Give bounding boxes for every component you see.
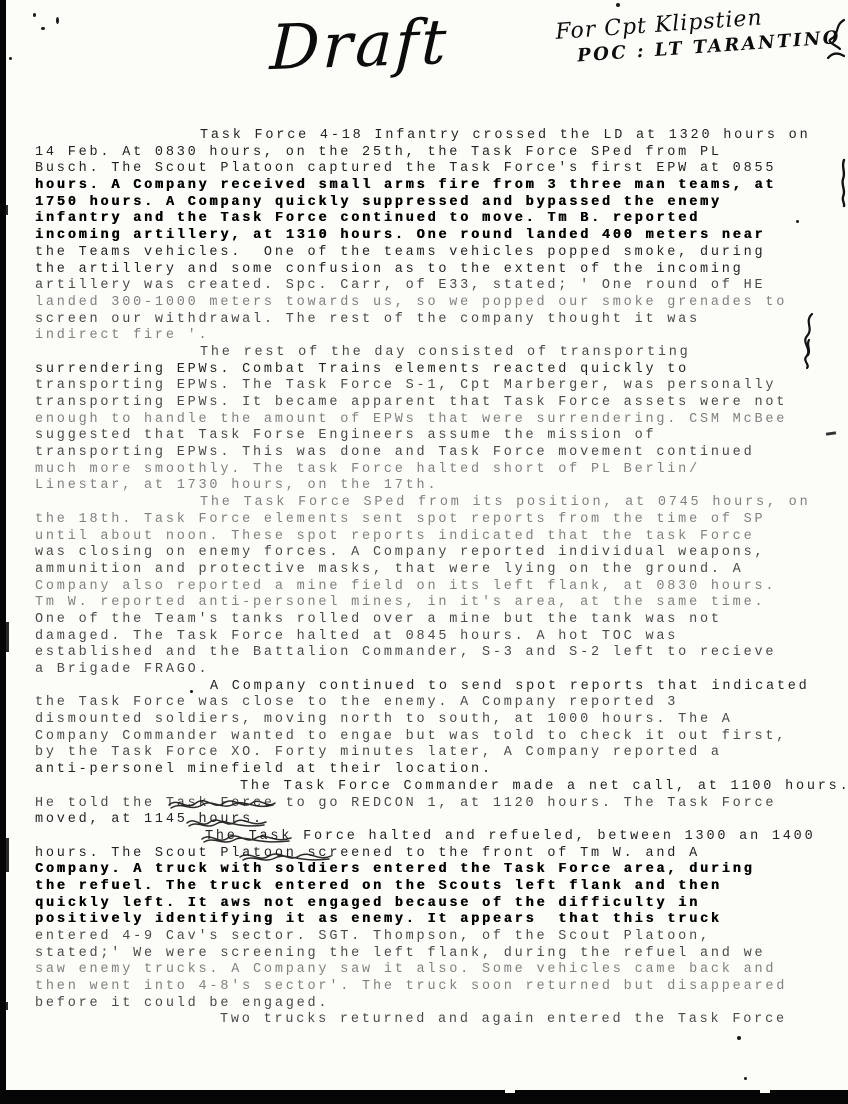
document-line: Company also reported a mine field on it…	[35, 579, 821, 596]
document-line: the Teams vehicles. One of the teams veh…	[35, 245, 821, 262]
scan-edge-tick	[6, 622, 9, 652]
ink-speck	[796, 220, 799, 223]
document-line: hours. The Scout Platoon screened to the…	[35, 846, 821, 863]
scan-edge-notch	[760, 1090, 770, 1093]
document-line: saw enemy trucks. A Company saw it also.…	[35, 962, 821, 979]
document-line: stated;' We were screening the left flan…	[35, 946, 821, 963]
document-line: 1750 hours. A Company quickly suppressed…	[35, 195, 821, 212]
document-line: anti-personel minefield at their locatio…	[35, 762, 821, 779]
document-line: the 18th. Task Force elements sent spot …	[35, 512, 821, 529]
overstrike-scribble	[238, 847, 334, 870]
scan-edge-tick	[6, 205, 8, 215]
document-line: entered 4-9 Cav's sector. SGT. Thompson,…	[35, 929, 821, 946]
scan-edge-tick	[6, 838, 9, 872]
document-line: was closing on enemy forces. A Company r…	[35, 545, 821, 562]
document-line: the Task Force was close to the enemy. A…	[35, 695, 821, 712]
document-line: suggested that Task Forse Engineers assu…	[35, 428, 821, 445]
document-line: hours. A Company received small arms fir…	[35, 178, 821, 195]
margin-squiggle	[800, 312, 818, 375]
document-line: transporting EPWs. This was done and Tas…	[35, 445, 821, 462]
ink-speck	[9, 57, 12, 60]
document-line: Company. A truck with soldiers entered t…	[35, 862, 821, 879]
document-line: established and the Battalion Commander,…	[35, 645, 821, 662]
ink-dash	[826, 431, 836, 435]
document-line: damaged. The Task Force halted at 0845 h…	[35, 629, 821, 646]
document-line: Tm W. reported anti-personel mines, in i…	[35, 595, 821, 612]
document-line: The Task Force SPed from its position, a…	[35, 495, 821, 512]
handwritten-routing-note: For Cpt Klipstien POC : LT TARANTINO	[555, 0, 842, 68]
document-line: then went into 4-8's sector'. The truck …	[35, 979, 821, 996]
ink-speck	[190, 690, 193, 693]
ink-speck	[33, 13, 36, 17]
document-line: transporting EPWs. The Task Force S-1, C…	[35, 378, 821, 395]
ink-speck	[744, 1077, 747, 1080]
margin-scribble	[824, 18, 848, 71]
document-line: The rest of the day consisted of transpo…	[35, 345, 821, 362]
ink-speck	[41, 27, 45, 30]
document-line: surrendering EPWs. Combat Trains element…	[35, 362, 821, 379]
document-line: screen our withdrawal. The rest of the c…	[35, 312, 821, 329]
document-line: One of the Team's tanks rolled over a mi…	[35, 612, 821, 629]
document-line: before it could be engaged.	[35, 996, 821, 1013]
handwritten-draft-annotation: Draft	[269, 5, 451, 84]
document-line: Task Force 4-18 Infantry crossed the LD …	[35, 128, 821, 145]
typewritten-text: Task Force 4-18 Infantry crossed the LD …	[35, 128, 821, 1029]
document-line: the artillery and some confusion as to t…	[35, 262, 821, 279]
document-line: indirect fire '.	[35, 328, 821, 345]
document-line: much more smoothly. The task Force halte…	[35, 462, 821, 479]
document-line: until about noon. These spot reports ind…	[35, 529, 821, 546]
document-line: incoming artillery, at 1310 hours. One r…	[35, 228, 821, 245]
document-line: Two trucks returned and again entered th…	[35, 1012, 821, 1029]
document-line: Busch. The Scout Platoon captured the Ta…	[35, 161, 821, 178]
document-line: positively identifying it as enemy. It a…	[35, 912, 821, 929]
ink-speck	[56, 17, 59, 24]
document-line: dismounted soldiers, moving north to sou…	[35, 712, 821, 729]
scan-edge-bottom-bar	[0, 1090, 848, 1104]
document-line: A Company continued to send spot reports…	[35, 679, 821, 696]
document-line: moved, at 1145 hours.	[35, 812, 821, 829]
document-line: by the Task Force XO. Forty minutes late…	[35, 745, 821, 762]
document-line: infantry and the Task Force continued to…	[35, 211, 821, 228]
document-line: artillery was created. Spc. Carr, of E33…	[35, 278, 821, 295]
document-line: landed 300-1000 meters towards us, so we…	[35, 295, 821, 312]
document-line: He told the Task Force to go REDCON 1, a…	[35, 796, 821, 813]
document-line: Company Commander wanted to engae but wa…	[35, 729, 821, 746]
document-line: enough to handle the amount of EPWs that…	[35, 412, 821, 429]
scan-edge-tick	[6, 1002, 8, 1010]
ink-speck	[616, 3, 620, 7]
document-line: quickly left. It aws not engaged because…	[35, 896, 821, 913]
document-line: transporting EPWs. It became apparent th…	[35, 395, 821, 412]
document-line: ammunition and protective masks, that we…	[35, 562, 821, 579]
document-line: The Task Force halted and refueled, betw…	[35, 829, 821, 846]
scanned-document-page: Draft For Cpt Klipstien POC : LT TARANTI…	[0, 0, 848, 1104]
scan-edge-left-bar	[0, 0, 6, 1104]
document-line: 14 Feb. At 0830 hours, on the 25th, the …	[35, 145, 821, 162]
scan-edge-notch	[505, 1090, 515, 1093]
ink-speck	[737, 1036, 741, 1040]
document-line: Linestar, at 1730 hours, on the 17th.	[35, 478, 821, 495]
document-line: the refuel. The truck entered on the Sco…	[35, 879, 821, 896]
document-line: The Task Force Commander made a net call…	[35, 779, 821, 796]
document-line: a Brigade FRAGO.	[35, 662, 821, 679]
margin-ink-blob	[839, 158, 848, 213]
